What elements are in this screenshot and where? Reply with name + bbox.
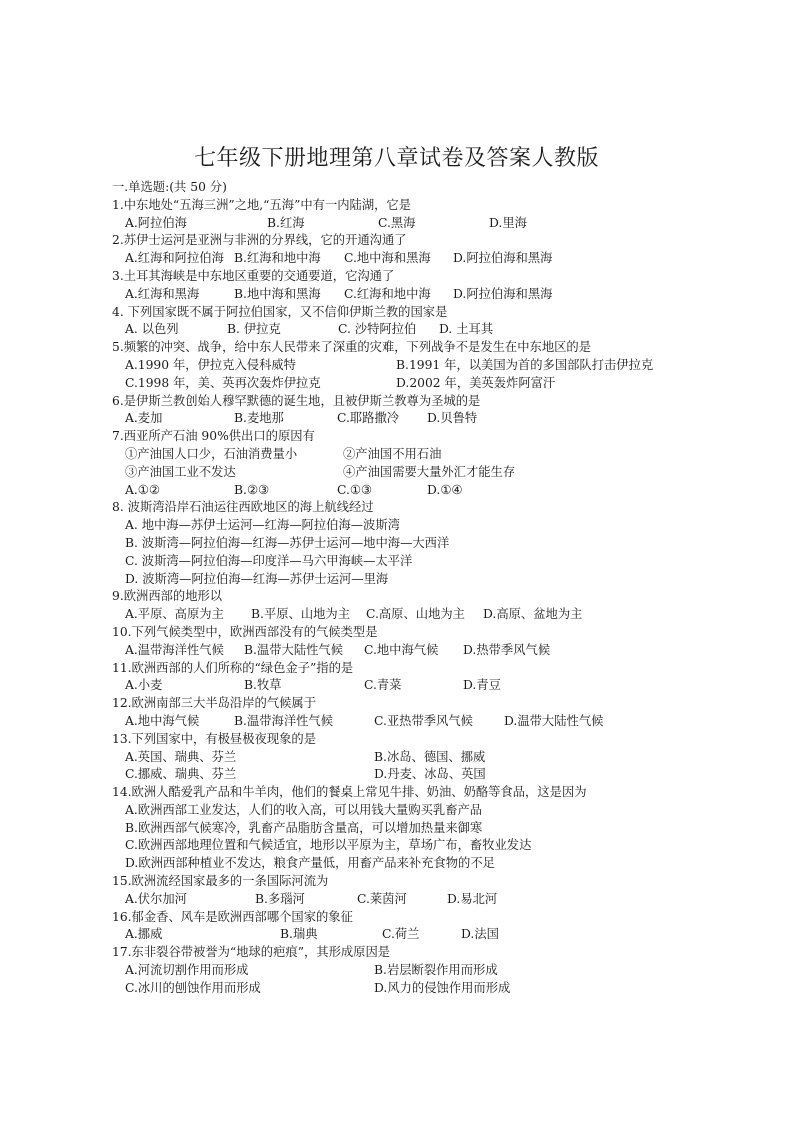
option-a: A.英国、瑞典、芬兰 — [125, 749, 236, 767]
option-a: A.阿拉伯海 — [125, 215, 187, 233]
question-3: 3.土耳其海峡是中东地区重要的交通要道，它沟通了 — [112, 268, 712, 286]
option-b: B.欧洲西部气候寒冷，乳畜产品脂肪含量高，可以增加热量来御寒 — [112, 820, 712, 838]
question-16: 16.郁金香、风车是欧洲西部哪个国家的象征 — [112, 909, 712, 927]
option-b: B.温带大陆性气候 — [244, 642, 343, 660]
option-d: D.阿拉伯海和黑海 — [453, 250, 552, 268]
option-d: D. 土耳其 — [439, 321, 493, 339]
option-d: D.丹麦、冰岛、英国 — [374, 766, 486, 784]
options-7: A.①② B.②③ C.①③ D.①④ — [112, 482, 712, 500]
option-b: B.瑞典 — [280, 926, 318, 944]
exam-content: 一.单选题:(共 50 分) 1.中东地处“五海三洲”之地,“五海”中有一内陆湖… — [112, 179, 712, 998]
option-d: D.青豆 — [463, 677, 501, 695]
option-b: B.地中海和黑海 — [234, 286, 321, 304]
statement-4: ④产油国需要大量外汇才能生存 — [343, 464, 515, 482]
section-heading: 一.单选题:(共 50 分) — [112, 179, 712, 197]
question-9: 9.欧洲西部的地形以 — [112, 588, 712, 606]
options-16: A.挪威 B.瑞典 C.荷兰 D.法国 — [112, 926, 712, 944]
option-d: D.2002 年，美英轰炸阿富汗 — [396, 375, 555, 393]
options-13-row2: C.挪威、瑞典、芬兰 D.丹麦、冰岛、英国 — [112, 766, 712, 784]
option-d: D.里海 — [489, 215, 527, 233]
option-a: A.河流切割作用而形成 — [125, 962, 248, 980]
option-b: B.1991 年，以美国为首的多国部队打击伊拉克 — [396, 357, 653, 375]
options-13-row1: A.英国、瑞典、芬兰 B.冰岛、德国、挪威 — [112, 749, 712, 767]
option-c: C.红海和地中海 — [344, 286, 431, 304]
option-d: D.热带季风气候 — [463, 642, 550, 660]
options-17-row2: C.冰川的刨蚀作用而形成 D.风力的侵蚀作用而形成 — [112, 980, 712, 998]
option-a: A.地中海气候 — [125, 713, 199, 731]
options-15: A.伏尔加河 B.多瑙河 C.莱茵河 D.易北河 — [112, 891, 712, 909]
option-b: B.温带海洋性气候 — [234, 713, 333, 731]
options-3: A.红海和黑海 B.地中海和黑海 C.红海和地中海 D.阿拉伯海和黑海 — [112, 286, 712, 304]
option-c: C.荷兰 — [382, 926, 419, 944]
option-c: C.欧洲西部地理位置和气候适宜，地形以平原为主，草场广布，畜牧业发达 — [112, 837, 712, 855]
option-c: C.冰川的刨蚀作用而形成 — [125, 980, 261, 998]
question-14: 14.欧洲人酷爱乳产品和牛羊肉，他们的餐桌上常见牛排、奶油、奶酪等食品，这是因为 — [112, 784, 712, 802]
question-11: 11.欧洲西部的人们所称的“绿色金子”指的是 — [112, 660, 712, 678]
page-title: 七年级下册地理第八章试卷及答案人教版 — [0, 141, 793, 172]
question-8: 8. 波斯湾沿岸石油运往西欧地区的海上航线经过 — [112, 499, 712, 517]
option-a: A. 地中海—苏伊士运河—红海—阿拉伯海—波斯湾 — [112, 517, 712, 535]
option-c: C.①③ — [337, 482, 372, 500]
option-b: B. 波斯湾—阿拉伯海—红海—苏伊士运河—地中海—大西洋 — [112, 535, 712, 553]
question-4: 4. 下列国家既不属于阿拉伯国家，又不信仰伊斯兰教的国家是 — [112, 304, 712, 322]
option-c: C.地中海气候 — [364, 642, 438, 660]
option-c: C.地中海和黑海 — [344, 250, 431, 268]
option-c: C.黑海 — [378, 215, 415, 233]
option-c: C.耶路撒冷 — [337, 410, 399, 428]
statement-3: ③产油国工业不发达 — [125, 464, 236, 482]
option-b: B.②③ — [234, 482, 269, 500]
options-2: A.红海和阿拉伯海 B.红海和地中海 C.地中海和黑海 D.阿拉伯海和黑海 — [112, 250, 712, 268]
question-10: 10.下列气候类型中，欧洲西部没有的气候类型是 — [112, 624, 712, 642]
option-d: D.法国 — [461, 926, 499, 944]
option-c: C. 波斯湾—阿拉伯海—印度洋—马六甲海峡—太平洋 — [112, 553, 712, 571]
option-b: B. 伊拉克 — [227, 321, 281, 339]
option-a: A.①② — [125, 482, 160, 500]
statement-2: ②产油国不用石油 — [343, 446, 441, 464]
options-17-row1: A.河流切割作用而形成 B.岩层断裂作用而形成 — [112, 962, 712, 980]
option-b: B.牧草 — [244, 677, 282, 695]
option-a: A.麦加 — [125, 410, 162, 428]
option-c: C.高原、山地为主 — [366, 606, 465, 624]
option-a: A.红海和阿拉伯海 — [125, 250, 224, 268]
question-7: 7.西亚所产石油 90%供出口的原因有 — [112, 428, 712, 446]
question-5: 5.频繁的冲突、战争，给中东人民带来了深重的灾难，下列战争不是发生在中东地区的是 — [112, 339, 712, 357]
options-10: A.温带海洋性气候 B.温带大陆性气候 C.地中海气候 D.热带季风气候 — [112, 642, 712, 660]
option-b: B.平原、山地为主 — [251, 606, 350, 624]
option-c: C.青菜 — [364, 677, 401, 695]
options-6: A.麦加 B.麦地那 C.耶路撒冷 D.贝鲁特 — [112, 410, 712, 428]
option-d: D. 波斯湾—阿拉伯海—红海—苏伊士运河—里海 — [112, 571, 712, 589]
options-9: A.平原、高原为主 B.平原、山地为主 C.高原、山地为主 D.高原、盆地为主 — [112, 606, 712, 624]
option-d: D.欧洲西部种植业不发达，粮食产量低，用畜产品来补充食物的不足 — [112, 855, 712, 873]
option-a: A.红海和黑海 — [125, 286, 199, 304]
option-b: B.多瑙河 — [255, 891, 305, 909]
option-d: D.阿拉伯海和黑海 — [453, 286, 552, 304]
option-d: D.温带大陆性气候 — [504, 713, 603, 731]
options-11: A.小麦 B.牧草 C.青菜 D.青豆 — [112, 677, 712, 695]
option-c: C.莱茵河 — [357, 891, 407, 909]
option-a: A.平原、高原为主 — [125, 606, 224, 624]
option-d: D.贝鲁特 — [427, 410, 477, 428]
question-6: 6.是伊斯兰教创始人穆罕默德的诞生地，且被伊斯兰教尊为圣城的是 — [112, 393, 712, 411]
question-1: 1.中东地处“五海三洲”之地,“五海”中有一内陆湖，它是 — [112, 197, 712, 215]
options-12: A.地中海气候 B.温带海洋性气候 C.亚热带季风气候 D.温带大陆性气候 — [112, 713, 712, 731]
option-b: B.麦地那 — [234, 410, 284, 428]
question-17: 17.东非裂谷带被誉为“地球的疤痕”，其形成原因是 — [112, 944, 712, 962]
option-a: A.挪威 — [125, 926, 162, 944]
option-b: B.红海 — [267, 215, 305, 233]
question-13: 13.下列国家中，有极昼极夜现象的是 — [112, 731, 712, 749]
option-d: D.①④ — [427, 482, 462, 500]
option-d: D.风力的侵蚀作用而形成 — [374, 980, 510, 998]
option-d: D.易北河 — [447, 891, 497, 909]
option-c: C.挪威、瑞典、芬兰 — [125, 766, 236, 784]
option-a: A. 以色列 — [125, 321, 179, 339]
question-12: 12.欧洲南部三大半岛沿岸的气候属于 — [112, 695, 712, 713]
option-b: B.冰岛、德国、挪威 — [374, 749, 485, 767]
question-2: 2.苏伊士运河是亚洲与非洲的分界线，它的开通沟通了 — [112, 232, 712, 250]
option-a: A.温带海洋性气候 — [125, 642, 224, 660]
option-d: D.高原、盆地为主 — [483, 606, 582, 624]
options-5-row2: C.1998 年，美、英再次轰炸伊拉克 D.2002 年，美英轰炸阿富汗 — [112, 375, 712, 393]
option-b: B.红海和地中海 — [234, 250, 321, 268]
option-b: B.岩层断裂作用而形成 — [374, 962, 498, 980]
options-5-row1: A.1990 年，伊拉克入侵科威特 B.1991 年，以美国为首的多国部队打击伊… — [112, 357, 712, 375]
option-a: A.伏尔加河 — [125, 891, 187, 909]
option-a: A.1990 年，伊拉克入侵科威特 — [125, 357, 296, 375]
option-a: A.欧洲西部工业发达，人们的收入高，可以用钱大量购买乳畜产品 — [112, 802, 712, 820]
statements-7-row2: ③产油国工业不发达 ④产油国需要大量外汇才能生存 — [112, 464, 712, 482]
options-1: A.阿拉伯海 B.红海 C.黑海 D.里海 — [112, 215, 712, 233]
statement-1: ①产油国人口少，石油消费量小 — [125, 446, 297, 464]
option-c: C. 沙特阿拉伯 — [338, 321, 416, 339]
option-a: A.小麦 — [125, 677, 162, 695]
question-15: 15.欧洲流经国家最多的一条国际河流为 — [112, 873, 712, 891]
option-c: C.亚热带季风气候 — [374, 713, 473, 731]
statements-7-row1: ①产油国人口少，石油消费量小 ②产油国不用石油 — [112, 446, 712, 464]
option-c: C.1998 年，美、英再次轰炸伊拉克 — [125, 375, 321, 393]
options-4: A. 以色列 B. 伊拉克 C. 沙特阿拉伯 D. 土耳其 — [112, 321, 712, 339]
